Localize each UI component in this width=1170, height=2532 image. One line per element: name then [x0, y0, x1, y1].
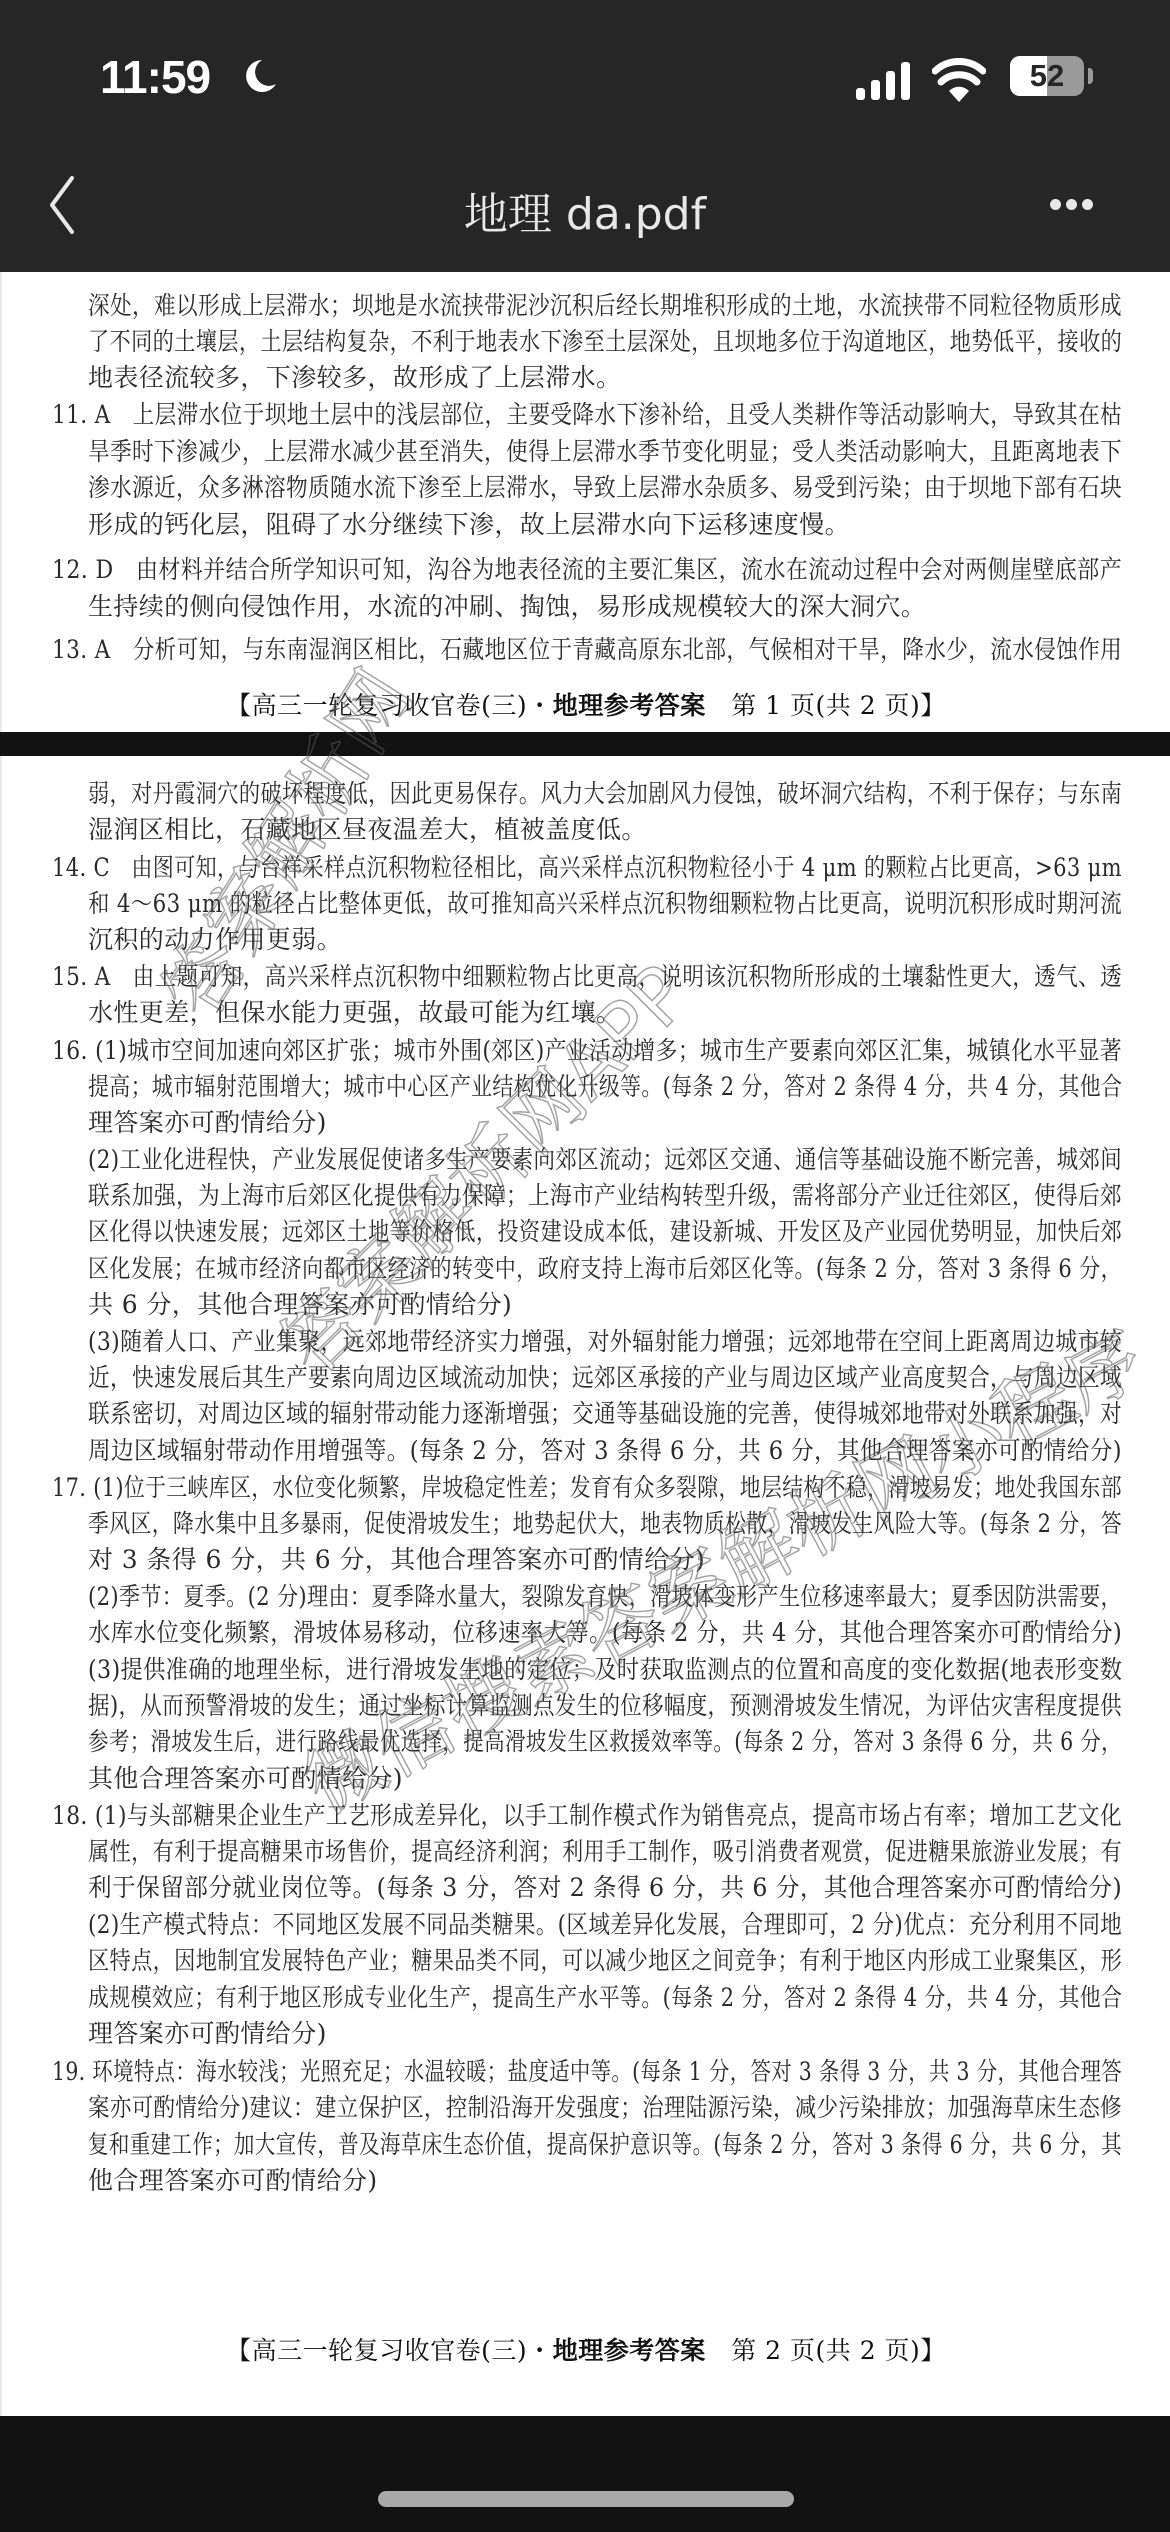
text-line: 对 3 条得 6 分，共 6 分，其他合理答案亦可酌情给分): [88, 1542, 1122, 1578]
text-line: 复和重建工作；加大宣传，普及海草床生态价值，提高保护意识等。(每条 2 分，答对…: [88, 2127, 1122, 2163]
text-line: 提高；城市辐射范围增大；城市中心区产业结构优化升级等。(每条 2 分，答对 2 …: [88, 1069, 1122, 1105]
text-line: 区化发展；在城市经济向都市区经济的转变中，政府支持上海市后郊区化等。(每条 2 …: [88, 1251, 1122, 1287]
battery-tip: [1088, 68, 1093, 84]
text-line: 水性更差，但保水能力更强，故最可能为红壤。: [88, 995, 1122, 1031]
text-line: 周边区域辐射带动作用增强等。(每条 2 分，答对 3 条得 6 分，共 6 分，…: [88, 1433, 1122, 1469]
text-line: 据)，从而预警滑坡的发生；通过坐标计算监测点发生的位移幅度，预测滑坡发生情况，为…: [88, 1688, 1122, 1724]
text-line: 渗水源近，众多淋溶物质随水流下渗至上层滞水，导致上层滞水杂质多、易受到污染；由于…: [88, 470, 1122, 506]
home-indicator[interactable]: [378, 2491, 794, 2507]
status-time: 11:59: [100, 50, 210, 104]
answer-17: 17. (1)位于三峡库区，水位变化频繁，岸坡稳定性差；发育有众多裂隙，地层结构…: [52, 1470, 1122, 1506]
battery-indicator: 52: [1010, 56, 1084, 96]
document-title: 地理 da.pdf: [0, 178, 1170, 242]
answer-13: 13. A 分析可知，与东南湿润区相比，石藏地区位于青藏高原东北部，气候相对干旱…: [52, 632, 1122, 668]
answer-19: 19. 环境特点：海水较浅；光照充足；水温较暖；盐度适中等。(每条 1 分，答对…: [52, 2054, 1122, 2090]
text-line: 深处，难以形成上层滞水；坝地是水流挟带泥沙沉积后经长期堆积形成的土地，水流挟带不…: [88, 288, 1122, 324]
text-line: 参考；滑坡发生后，进行路线最优选择，提高滑坡发生区救援效率等。(每条 2 分，答…: [88, 1724, 1122, 1760]
text-line: (2)季节：夏季。(2 分)理由：夏季降水量大，裂隙发育快，滑坡体变形产生位移速…: [88, 1579, 1122, 1615]
footer-left: 【高三一轮复习收官卷(三)・: [226, 691, 553, 720]
text-line: 他合理答案亦可酌情给分): [88, 2163, 1122, 2199]
text-line: 属性，有利于提高糖果市场售价，提高经济利润；利用手工制作，吸引消费者观赏，促进糖…: [88, 1834, 1122, 1870]
answer-11: 11. A 上层滞水位于坝地土层中的浅层部位，主要受降水下渗补给，且受人类耕作等…: [52, 397, 1122, 433]
text-line: 和 4～63 μm 的粒径占比整体更低，故可推知高兴采样点沉积物细颗粒物占比更高…: [88, 886, 1122, 922]
text-line: 沉积的动力作用更弱。: [88, 922, 1122, 958]
text-line: (2)工业化进程快，产业发展促使诸多生产要素向郊区流动；远郊区交通、通信等基础设…: [88, 1142, 1122, 1178]
text-line: 其他合理答案亦可酌情给分): [88, 1761, 1122, 1797]
text-line: 区特点，因地制宜发展特色产业；糖果品类不同，可以减少地区之间竞争；有利于地区内形…: [88, 1943, 1122, 1979]
pdf-page-1: 深处，难以形成上层滞水；坝地是水流挟带泥沙沉积后经长期堆积形成的土地，水流挟带不…: [0, 272, 1170, 732]
text-line: 成规模效应；有利于地区形成专业化生产，提高生产水平等。(每条 2 分，答对 2 …: [88, 1980, 1122, 2016]
answer-12: 12. D 由材料并结合所学知识可知，沟谷为地表径流的主要汇集区，流水在流动过程…: [52, 552, 1122, 588]
footer-left: 【高三一轮复习收官卷(三)・: [226, 2336, 553, 2365]
text-line: 联系密切，对周边区域的辐射带动能力逐渐增强；交通等基础设施的完善，使得城郊地带对…: [88, 1396, 1122, 1432]
text-line: 共 6 分，其他合理答案亦可酌情给分): [88, 1287, 1122, 1323]
text-line: 水库水位变化频繁，滑坡体易移动，位移速率大等。(每条 2 分，共 4 分，其他合…: [88, 1615, 1122, 1651]
footer-right: 第 2 页(共 2 页)】: [706, 2336, 946, 2365]
text-line: 案亦可酌情给分)建议：建立保护区，控制沿海开发强度；治理陆源污染，减少污染排放；…: [88, 2090, 1122, 2126]
battery-percent: 52: [1010, 56, 1084, 96]
text-line: (3)随着人口、产业集聚，远郊地带经济实力增强，对外辐射能力增强；远郊地带在空间…: [88, 1324, 1122, 1360]
answer-18: 18. (1)与头部糖果企业生产工艺形成差异化，以手工制作模式作为销售亮点，提高…: [52, 1798, 1122, 1834]
footer-bold: 地理参考答案: [553, 691, 706, 720]
text-line: 近，快速发展后其生产要素向周边区域流动加快；远郊区承接的产业与周边区域产业高度契…: [88, 1360, 1122, 1396]
footer-bold: 地理参考答案: [553, 2336, 706, 2365]
text-line: 地表径流较多，下渗较多，故形成了上层滞水。: [88, 360, 1122, 396]
top-bar: 11:59 52 地理 da.pdf: [0, 0, 1170, 272]
text-line: 旱季时下渗减少，上层滞水减少甚至消失，使得上层滞水季节变化明显；受人类活动影响大…: [88, 434, 1122, 470]
answer-16: 16. (1)城市空间加速向郊区扩张；城市外围(郊区)产业活动增多；城市生产要素…: [52, 1033, 1122, 1069]
more-options-button[interactable]: [1050, 190, 1122, 220]
answer-15: 15. A 由上题可知，高兴采样点沉积物中细颗粒物占比更高，说明该沉积物所形成的…: [52, 959, 1122, 995]
text-line: 季风区，降水集中且多暴雨，促使滑坡发生；地势起伏大，地表物质松散，滑坡发生风险大…: [88, 1506, 1122, 1542]
text-line: 联系加强，为上海市后郊区化提供有力保障；上海市产业结构转型升级，需将部分产业迁往…: [88, 1178, 1122, 1214]
page-footer: 【高三一轮复习收官卷(三)・地理参考答案 第 2 页(共 2 页)】: [2, 2331, 1170, 2367]
wifi-icon: [932, 58, 986, 102]
page-footer: 【高三一轮复习收官卷(三)・地理参考答案 第 1 页(共 2 页)】: [2, 686, 1170, 722]
text-line: 形成的钙化层，阻碍了水分继续下渗，故上层滞水向下运移速度慢。: [88, 507, 1122, 543]
pdf-page-2: 弱，对丹霞洞穴的破坏程度低，因此更易保存。风力大会加剧风力侵蚀，破坏洞穴结构，不…: [0, 756, 1170, 2416]
text-line: 湿润区相比，石藏地区昼夜温差大，植被盖度低。: [88, 812, 1122, 848]
text-line: 区化得以快速发展；远郊区土地等价格低，投资建设成本低，建设新城、开发区及产业园优…: [88, 1214, 1122, 1250]
text-line: (2)生产模式特点：不同地区发展不同品类糖果。(区域差异化发展，合理即可，2 分…: [88, 1907, 1122, 1943]
answer-14: 14. C 由图可知，与台祥采样点沉积物粒径相比，高兴采样点沉积物粒径小于 4 …: [52, 850, 1122, 886]
text-line: 了不同的土壤层，土层结构复杂，不利于地表水下渗至土层深处，且坝地多位于沟道地区，…: [88, 324, 1122, 360]
text-line: 理答案亦可酌情给分): [88, 2016, 1122, 2052]
moon-icon: [240, 56, 280, 96]
text-line: 生持续的侧向侵蚀作用，水流的冲刷、掏蚀，易形成规模较大的深大洞穴。: [88, 589, 1122, 625]
footer-right: 第 1 页(共 2 页)】: [706, 691, 946, 720]
text-line: (3)提供准确的地理坐标，进行滑坡发生地的定位；及时获取监测点的位置和高度的变化…: [88, 1652, 1122, 1688]
text-line: 理答案亦可酌情给分): [88, 1105, 1122, 1141]
text-line: 利于保留部分就业岗位等。(每条 3 分，答对 2 条得 6 分，共 6 分，其他…: [88, 1870, 1122, 1906]
ellipsis-icon: [1050, 195, 1098, 214]
cellular-signal-icon: [856, 62, 912, 100]
text-line: 弱，对丹霞洞穴的破坏程度低，因此更易保存。风力大会加剧风力侵蚀，破坏洞穴结构，不…: [88, 776, 1122, 812]
